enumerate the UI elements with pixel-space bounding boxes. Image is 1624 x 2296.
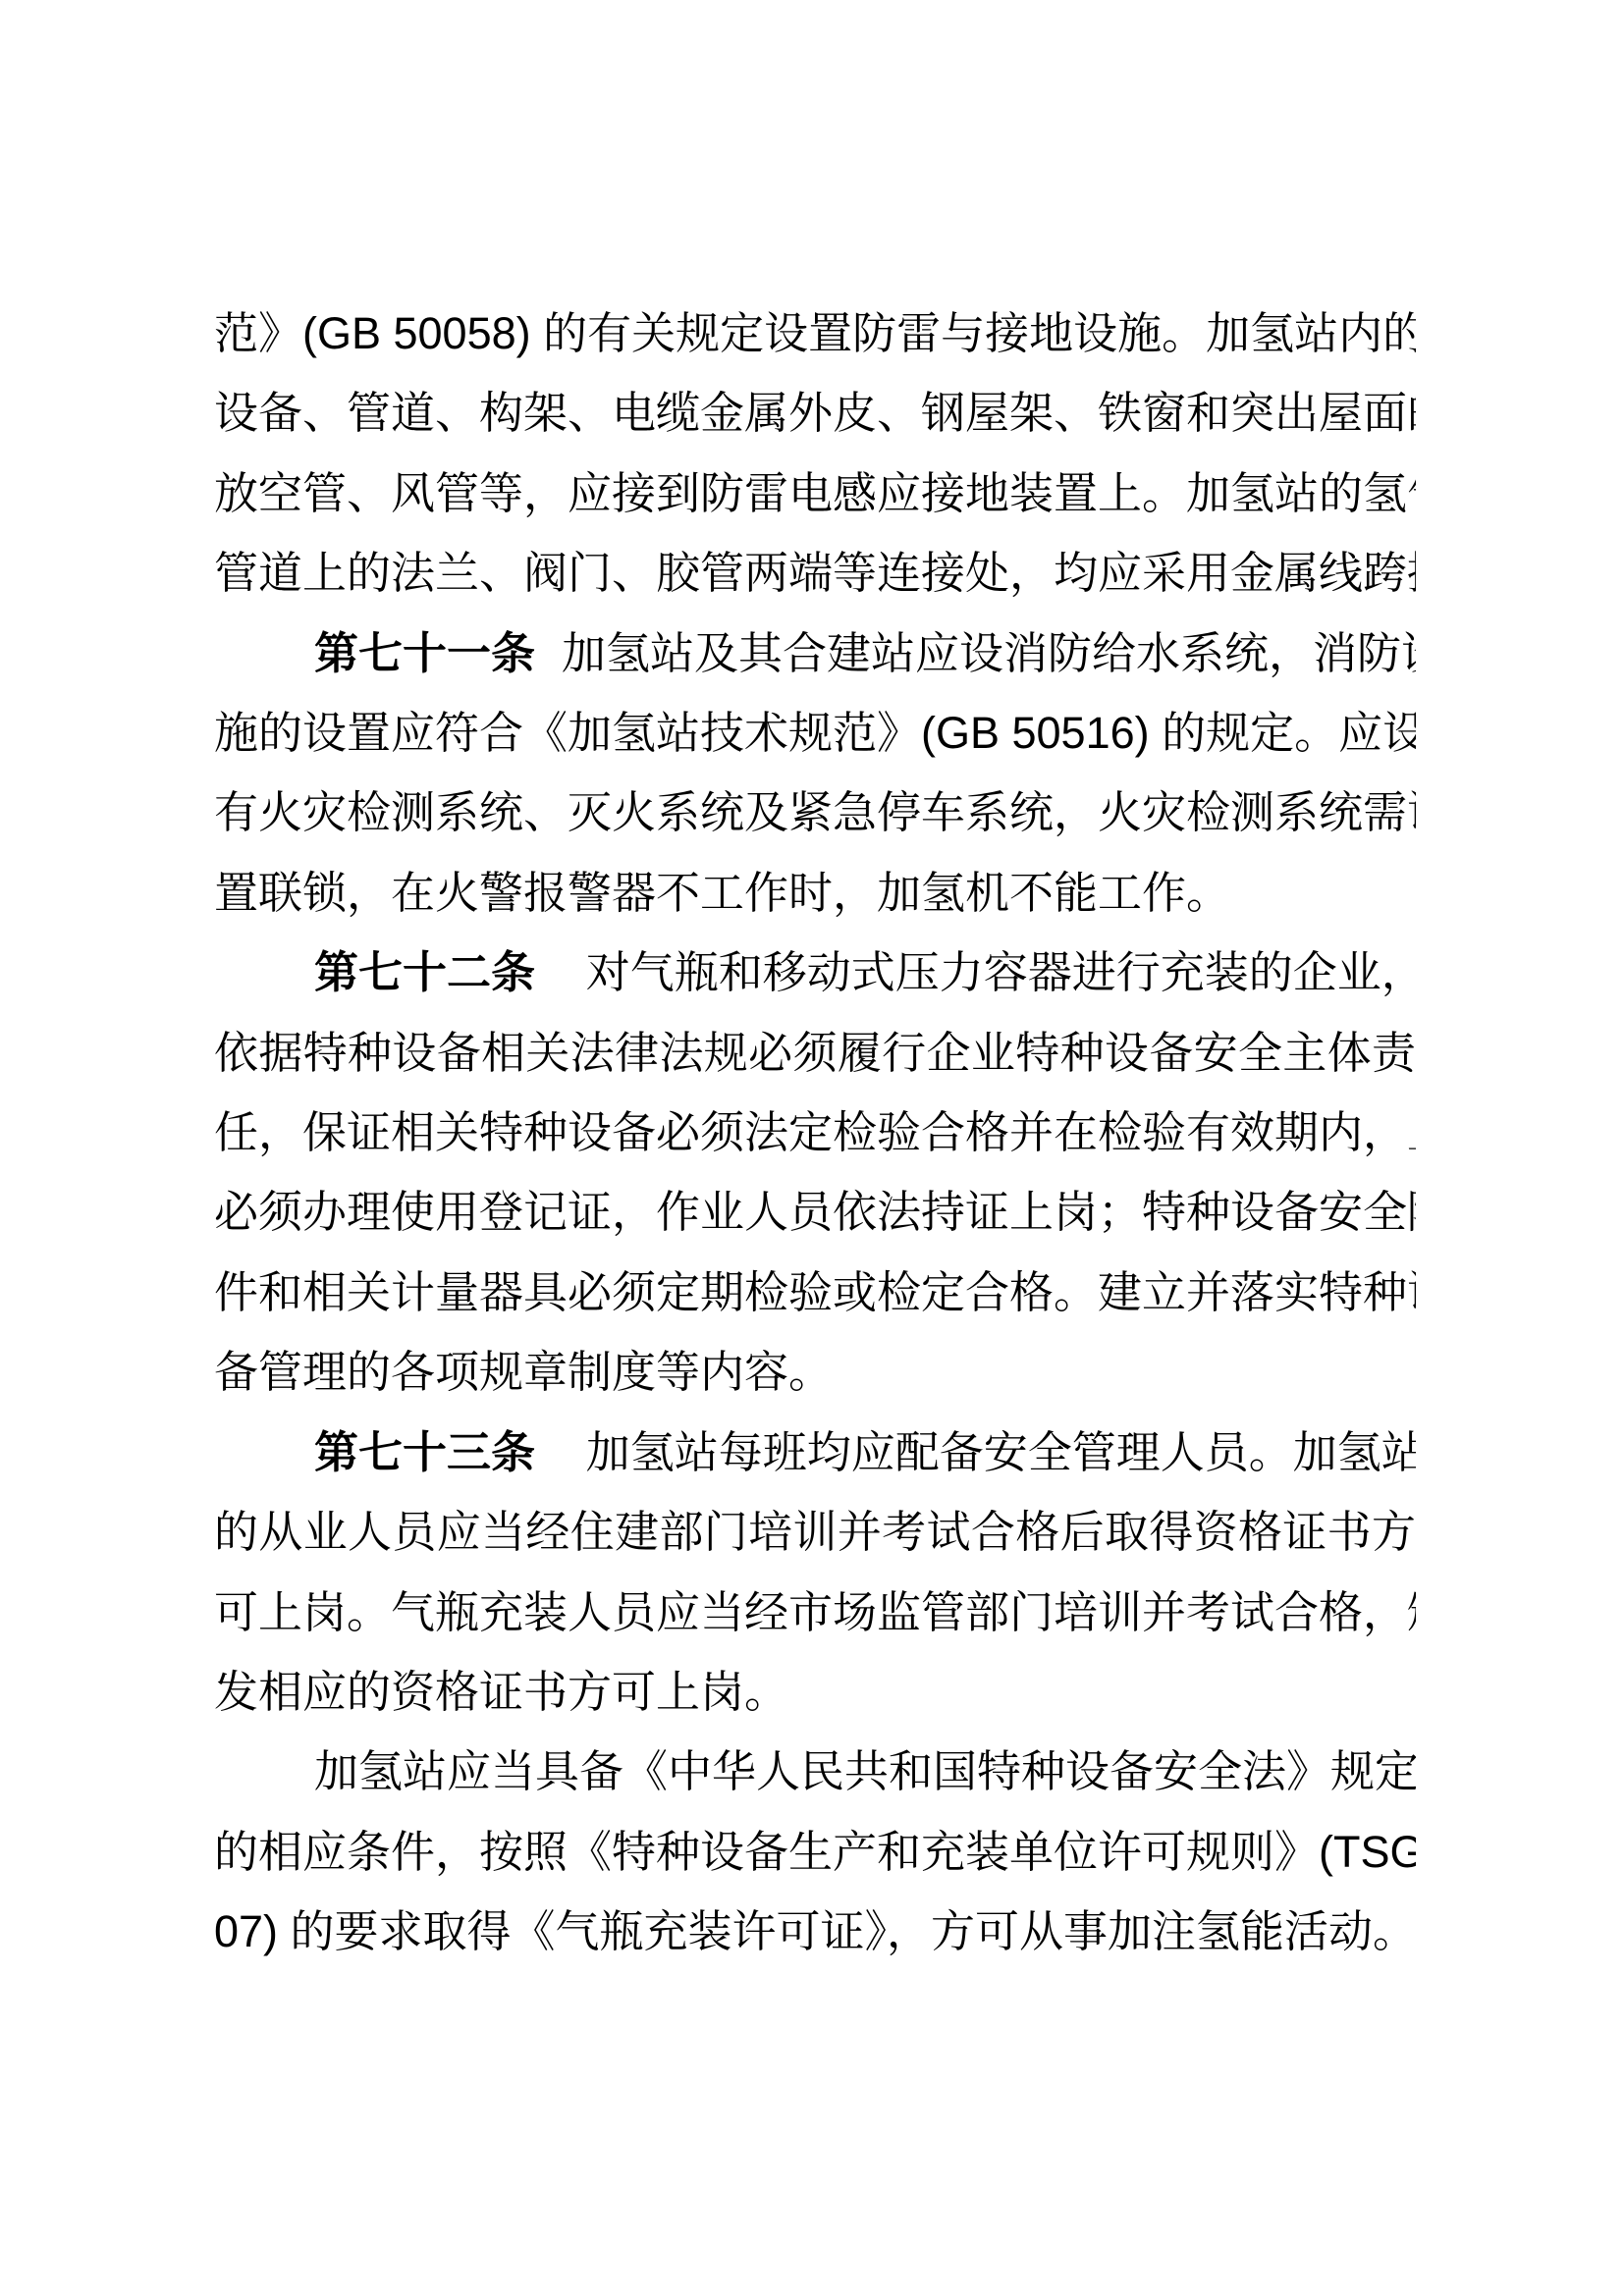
text-run: 加氢站及其合建站应设消防给水系统，消防设	[562, 628, 1416, 678]
paragraph-continuation: 范》(GB 50058) 的有关规定设置防雷与接地设施。加氢站内的 设备、管道、…	[214, 294, 1416, 614]
text-line: 施的设置应符合《加氢站技术规范》(GB 50516) 的规定。应设	[214, 693, 1416, 773]
text-line: 任，保证相关特种设备必须法定检验合格并在检验有效期内，且	[214, 1093, 1416, 1172]
text-line: 必须办理使用登记证，作业人员依法持证上岗；特种设备安全附	[214, 1172, 1416, 1252]
document-page: { "page": { "background_color": "#ffffff…	[0, 0, 1624, 2296]
text-line: 备管理的各项规章制度等内容。	[214, 1332, 1416, 1412]
text-line: 件和相关计量器具必须定期检验或检定合格。建立并落实特种设	[214, 1253, 1416, 1332]
text-block: 范》(GB 50058) 的有关规定设置防雷与接地设施。加氢站内的 设备、管道、…	[214, 294, 1416, 1972]
text-line: 放空管、风管等，应接到防雷电感应接地装置上。加氢站的氢气	[214, 454, 1416, 533]
text-line: 发相应的资格证书方可上岗。	[214, 1652, 1416, 1732]
text-line: 范》(GB 50058) 的有关规定设置防雷与接地设施。加氢站内的	[214, 294, 1416, 373]
text-line: 第七十一条加氢站及其合建站应设消防给水系统，消防设	[214, 614, 1416, 693]
page-background: 范》(GB 50058) 的有关规定设置防雷与接地设施。加氢站内的 设备、管道、…	[0, 0, 1624, 2296]
text-run: 对气瓶和移动式压力容器进行充装的企业，	[586, 947, 1416, 997]
text-line: 07) 的要求取得《气瓶充装许可证》，方可从事加注氢能活动。	[214, 1892, 1416, 1971]
paragraph-article-72: 第七十二条对气瓶和移动式压力容器进行充装的企业， 依据特种设备相关法律法规必须履…	[214, 933, 1416, 1412]
text-run: 加氢站每班均应配备安全管理人员。加氢站	[586, 1427, 1416, 1477]
text-line: 设备、管道、构架、电缆金属外皮、钢屋架、铁窗和突出屋面的	[214, 373, 1416, 453]
article-73-number: 第七十三条	[314, 1427, 535, 1477]
text-line: 加氢站应当具备《中华人民共和国特种设备安全法》规定	[214, 1732, 1416, 1811]
text-line: 管道上的法兰、阀门、胶管两端等连接处，均应采用金属线跨接。	[214, 533, 1416, 613]
text-line: 的相应条件，按照《特种设备生产和充装单位许可规则》(TSG	[214, 1812, 1416, 1892]
text-line: 可上岗。气瓶充装人员应当经市场监管部门培训并考试合格，颁	[214, 1573, 1416, 1652]
paragraph-closing: 加氢站应当具备《中华人民共和国特种设备安全法》规定 的相应条件，按照《特种设备生…	[214, 1732, 1416, 1971]
article-72-number: 第七十二条	[314, 947, 535, 997]
text-line: 依据特种设备相关法律法规必须履行企业特种设备安全主体责	[214, 1013, 1416, 1093]
text-line: 的从业人员应当经住建部门培训并考试合格后取得资格证书方	[214, 1492, 1416, 1572]
text-line: 置联锁，在火警报警器不工作时，加氢机不能工作。	[214, 853, 1416, 933]
paragraph-article-71: 第七十一条加氢站及其合建站应设消防给水系统，消防设 施的设置应符合《加氢站技术规…	[214, 614, 1416, 934]
text-line: 第七十三条加氢站每班均应配备安全管理人员。加氢站	[214, 1413, 1416, 1492]
text-line: 第七十二条对气瓶和移动式压力容器进行充装的企业，	[214, 933, 1416, 1012]
text-line: 有火灾检测系统、灭火系统及紧急停车系统，火灾检测系统需设	[214, 773, 1416, 852]
article-71-number: 第七十一条	[314, 628, 535, 678]
paragraph-article-73: 第七十三条加氢站每班均应配备安全管理人员。加氢站 的从业人员应当经住建部门培训并…	[214, 1413, 1416, 1733]
